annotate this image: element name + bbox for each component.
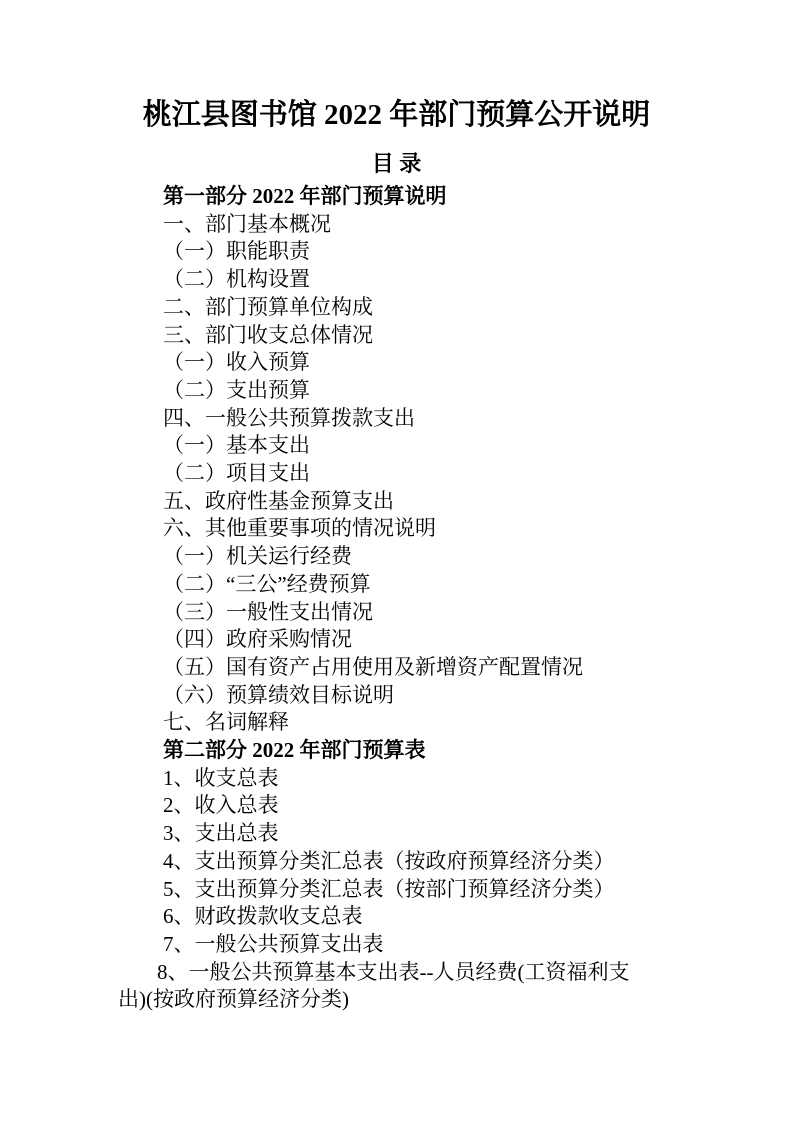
- toc-line: （一）机关运行经费: [118, 543, 675, 571]
- toc-line: 8、一般公共预算基本支出表--人员经费(工资福利支: [118, 959, 675, 987]
- toc-line: 七、名词解释: [118, 709, 675, 737]
- toc-part2-heading: 第二部分 2022 年部门预算表: [118, 737, 675, 765]
- toc-line: 1、收支总表: [118, 765, 675, 793]
- toc-line: （一）收入预算: [118, 349, 675, 377]
- toc-line: 二、部门预算单位构成: [118, 294, 675, 322]
- toc-line: 7、一般公共预算支出表: [118, 931, 675, 959]
- toc-line: （一）职能职责: [118, 238, 675, 266]
- toc-line: 六、其他重要事项的情况说明: [118, 515, 675, 543]
- toc-line: 五、政府性基金预算支出: [118, 488, 675, 516]
- toc-line: （一）基本支出: [118, 432, 675, 460]
- toc-line: 6、财政拨款收支总表: [118, 903, 675, 931]
- toc-line: 三、部门收支总体情况: [118, 322, 675, 350]
- toc-heading: 目 录: [118, 150, 675, 178]
- toc-line: （二）机构设置: [118, 266, 675, 294]
- toc-line: 一、部门基本概况: [118, 211, 675, 239]
- toc-part1-heading: 第一部分 2022 年部门预算说明: [118, 183, 675, 211]
- toc-line: 4、支出预算分类汇总表（按政府预算经济分类）: [118, 848, 675, 876]
- toc-line-continuation: 出)(按政府预算经济分类): [118, 986, 675, 1014]
- toc-line: （二）支出预算: [118, 377, 675, 405]
- toc-line: （五）国有资产占用使用及新增资产配置情况: [118, 654, 675, 682]
- toc-line: （二）项目支出: [118, 460, 675, 488]
- toc-line: （三）一般性支出情况: [118, 599, 675, 627]
- toc-line: 2、收入总表: [118, 792, 675, 820]
- toc-line: 四、一般公共预算拨款支出: [118, 405, 675, 433]
- document-page: 桃江县图书馆 2022 年部门预算公开说明 目 录 第一部分 2022 年部门预…: [0, 0, 793, 1122]
- toc-line: 3、支出总表: [118, 820, 675, 848]
- toc-line: 5、支出预算分类汇总表（按部门预算经济分类）: [118, 876, 675, 904]
- toc-line: （四）政府采购情况: [118, 626, 675, 654]
- table-of-contents: 第一部分 2022 年部门预算说明 一、部门基本概况 （一）职能职责 （二）机构…: [118, 183, 675, 1014]
- document-title: 桃江县图书馆 2022 年部门预算公开说明: [118, 97, 675, 133]
- toc-line: （二）“三公”经费预算: [118, 571, 675, 599]
- toc-line: （六）预算绩效目标说明: [118, 682, 675, 710]
